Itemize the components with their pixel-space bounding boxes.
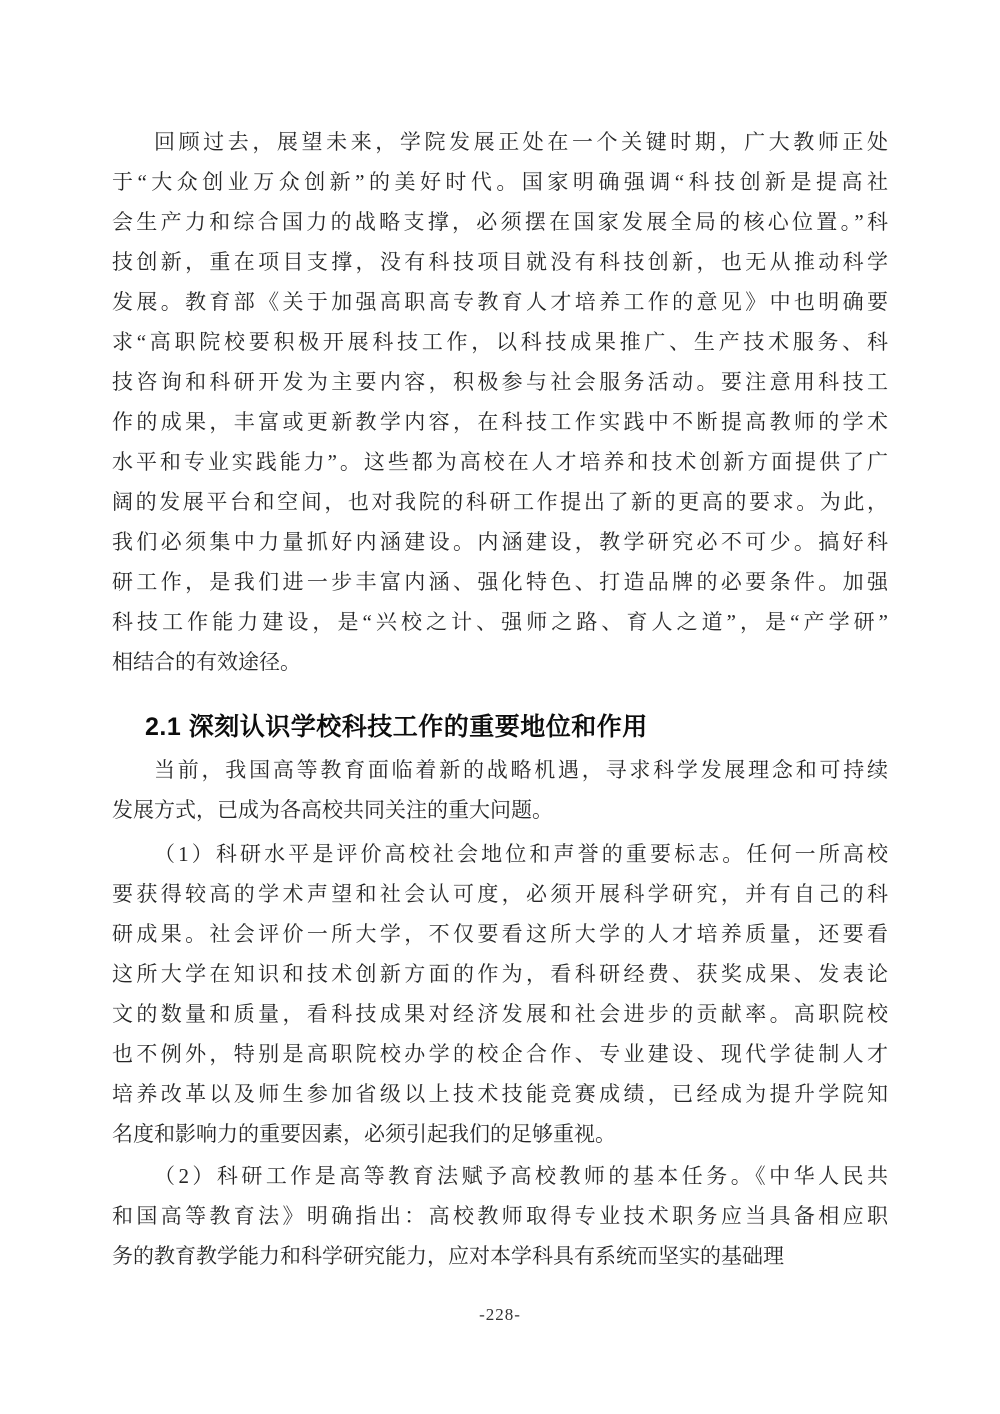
text-line: 水平和专业实践能力”。这些都为高校在人才培养和技术创新方面提供了广	[112, 442, 888, 482]
text-line: 和国高等教育法》明确指出：高校教师取得专业技术职务应当具备相应职	[112, 1196, 888, 1236]
text-line: 作的成果，丰富或更新教学内容，在科技工作实践中不断提高教师的学术	[112, 402, 888, 442]
text-line: （2）科研工作是高等教育法赋予高校教师的基本任务。《中华人民共	[112, 1156, 888, 1196]
text-line: 要获得较高的学术声望和社会认可度，必须开展科学研究，并有自己的科	[112, 874, 888, 914]
point-2-paragraph: （2）科研工作是高等教育法赋予高校教师的基本任务。《中华人民共和国高等教育法》明…	[112, 1156, 888, 1276]
text-line: 会生产力和综合国力的战略支撑，必须摆在国家发展全局的核心位置。”科	[112, 202, 888, 242]
text-line: 当前，我国高等教育面临着新的战略机遇，寻求科学发展理念和可持续	[112, 750, 888, 790]
text-line: 科技工作能力建设，是“兴校之计、强师之路、育人之道”，是“产学研”	[112, 602, 888, 642]
text-line: 这所大学在知识和技术创新方面的作为，看科研经费、获奖成果、发表论	[112, 954, 888, 994]
text-line: 务的教育教学能力和科学研究能力，应对本学科具有系统而坚实的基础理	[112, 1236, 888, 1276]
text-line: 我们必须集中力量抓好内涵建设。内涵建设，教学研究必不可少。搞好科	[112, 522, 888, 562]
text-line: 名度和影响力的重要因素，必须引起我们的足够重视。	[112, 1114, 888, 1154]
section-heading: 2.1 深刻认识学校科技工作的重要地位和作用	[112, 704, 888, 750]
page-number: -228-	[479, 1305, 521, 1324]
text-line: 相结合的有效途径。	[112, 642, 888, 682]
text-line: 回顾过去，展望未来，学院发展正处在一个关键时期，广大教师正处	[112, 122, 888, 162]
text-line: 阔的发展平台和空间，也对我院的科研工作提出了新的更高的要求。为此，	[112, 482, 888, 522]
text-line: 发展方式，已成为各高校共同关注的重大问题。	[112, 790, 888, 830]
point-1-paragraph: （1）科研水平是评价高校社会地位和声誉的重要标志。任何一所高校要获得较高的学术声…	[112, 834, 888, 1154]
text-line: 求“高职院校要积极开展科技工作，以科技成果推广、生产技术服务、科	[112, 322, 888, 362]
document-body: 回顾过去，展望未来，学院发展正处在一个关键时期，广大教师正处于“大众创业万众创新…	[112, 122, 888, 1276]
page-footer: -228-	[0, 1305, 1000, 1325]
text-line: （1）科研水平是评价高校社会地位和声誉的重要标志。任何一所高校	[112, 834, 888, 874]
text-line: 培养改革以及师生参加省级以上技术技能竞赛成绩，已经成为提升学院知	[112, 1074, 888, 1114]
text-line: 研工作，是我们进一步丰富内涵、强化特色、打造品牌的必要条件。加强	[112, 562, 888, 602]
text-line: 技创新，重在项目支撑，没有科技项目就没有科技创新，也无从推动科学	[112, 242, 888, 282]
document-page: 回顾过去，展望未来，学院发展正处在一个关键时期，广大教师正处于“大众创业万众创新…	[0, 0, 1000, 1414]
intro-paragraph: 回顾过去，展望未来，学院发展正处在一个关键时期，广大教师正处于“大众创业万众创新…	[112, 122, 888, 682]
text-line: 发展。教育部《关于加强高职高专教育人才培养工作的意见》中也明确要	[112, 282, 888, 322]
text-line: 于“大众创业万众创新”的美好时代。国家明确强调“科技创新是提高社	[112, 162, 888, 202]
text-line: 文的数量和质量，看科技成果对经济发展和社会进步的贡献率。高职院校	[112, 994, 888, 1034]
text-line: 技咨询和科研开发为主要内容，积极参与社会服务活动。要注意用科技工	[112, 362, 888, 402]
lead-paragraph: 当前，我国高等教育面临着新的战略机遇，寻求科学发展理念和可持续发展方式，已成为各…	[112, 750, 888, 830]
text-line: 研成果。社会评价一所大学，不仅要看这所大学的人才培养质量，还要看	[112, 914, 888, 954]
text-line: 也不例外，特别是高职院校办学的校企合作、专业建设、现代学徒制人才	[112, 1034, 888, 1074]
